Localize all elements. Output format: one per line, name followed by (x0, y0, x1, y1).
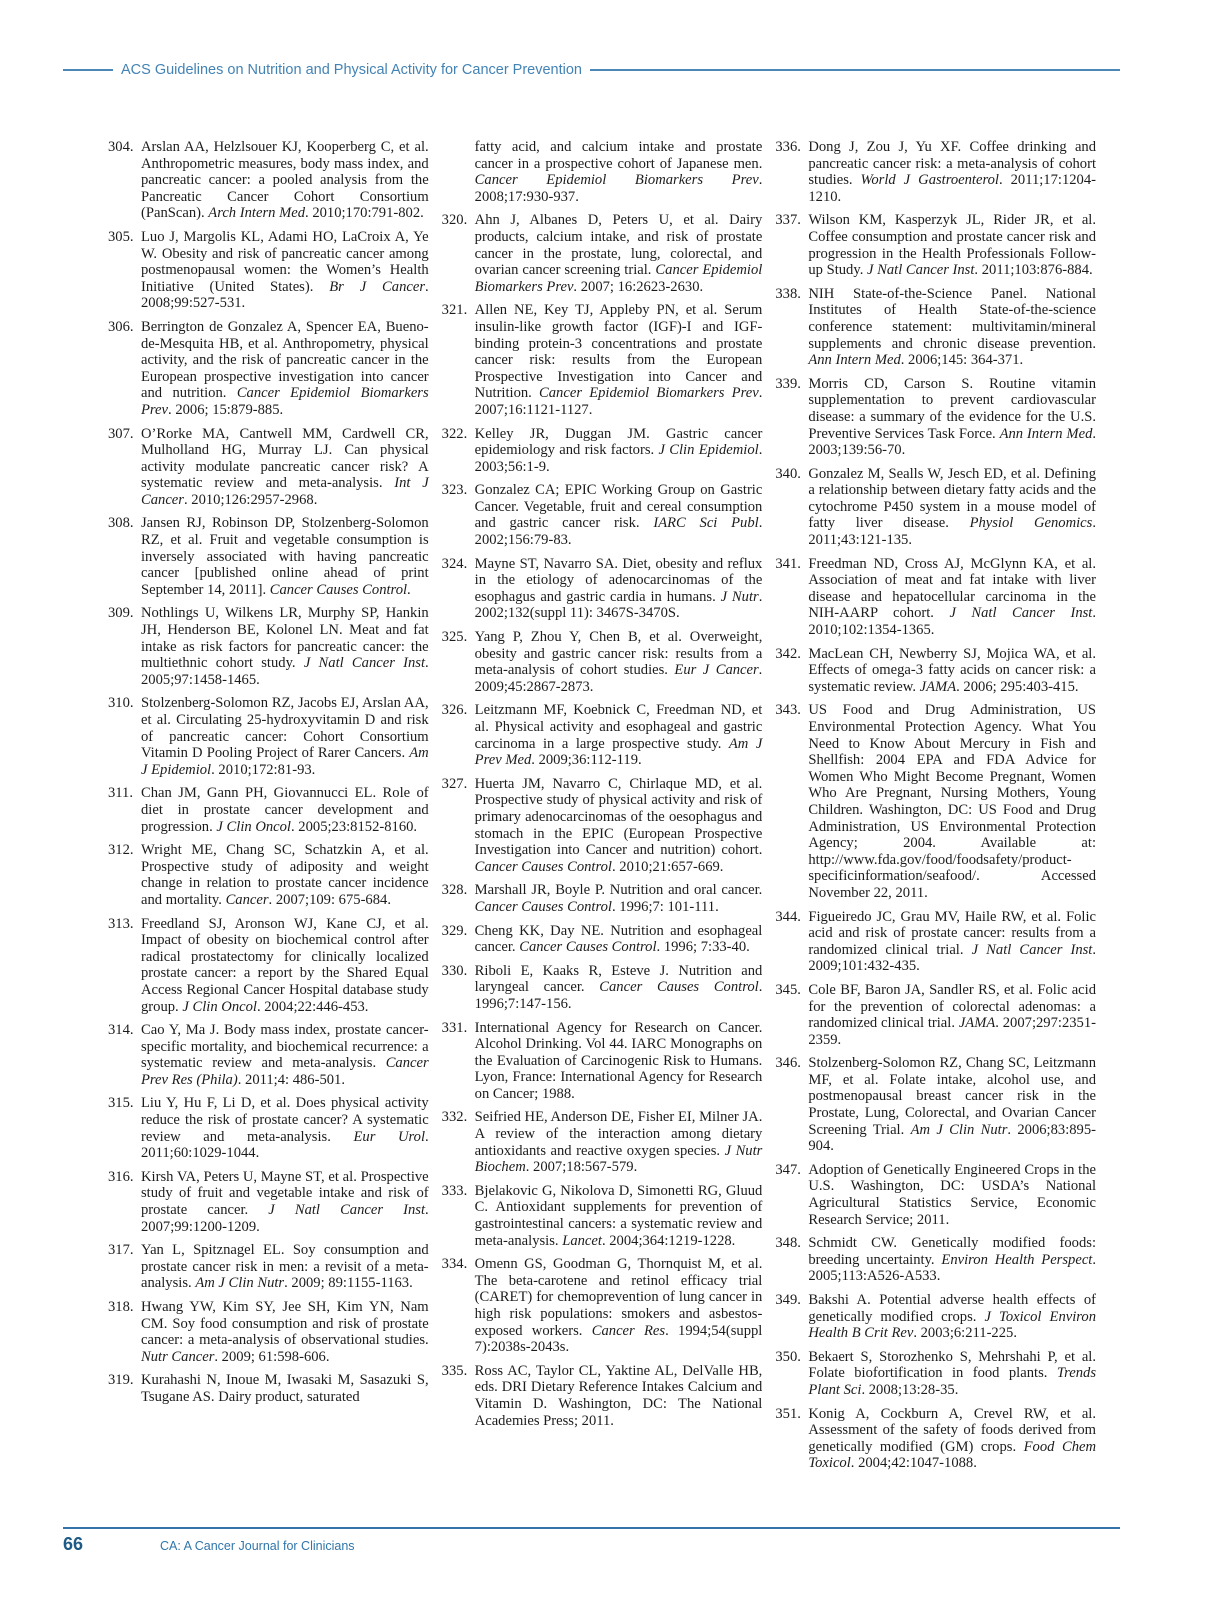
reference-text: Stolzenberg-Solomon RZ, Chang SC, Leitzm… (808, 1055, 1096, 1154)
reference-number: 320. (442, 212, 468, 229)
reference-text: Seifried HE, Anderson DE, Fisher EI, Mil… (475, 1109, 763, 1175)
reference-text: Adoption of Genetically Engineered Crops… (808, 1162, 1096, 1228)
reference-item: 340.Gonzalez M, Sealls W, Jesch ED, et a… (775, 466, 1096, 549)
reference-text: Bakshi A. Potential adverse health effec… (808, 1292, 1096, 1341)
reference-column-3: 336.Dong J, Zou J, Yu XF. Coffee drinkin… (775, 139, 1096, 1479)
journal-name-italic: J Natl Cancer Inst (972, 942, 1093, 958)
reference-text: Chan JM, Gann PH, Giovannucci EL. Role o… (141, 785, 429, 834)
reference-continuation: fatty acid, and calcium intake and prost… (442, 139, 763, 205)
reference-item: 311.Chan JM, Gann PH, Giovannucci EL. Ro… (108, 785, 429, 835)
reference-text: Cao Y, Ma J. Body mass index, prostate c… (141, 1022, 429, 1088)
reference-item: 330.Riboli E, Kaaks R, Esteve J. Nutriti… (442, 963, 763, 1013)
journal-name-italic: J Nutr (721, 589, 759, 605)
reference-text: fatty acid, and calcium intake and prost… (475, 139, 763, 205)
reference-segment: . 2007;109: 675-684. (269, 892, 391, 908)
journal-name-italic: Arch Intern Med (208, 205, 305, 221)
reference-number: 337. (775, 212, 801, 229)
reference-number: 327. (442, 776, 468, 793)
reference-item: 315.Liu Y, Hu F, Li D, et al. Does physi… (108, 1095, 429, 1161)
reference-item: 334.Omenn GS, Goodman G, Thornquist M, e… (442, 1256, 763, 1356)
journal-name-italic: Cancer Res (592, 1323, 665, 1339)
reference-segment: . 2004;364:1219-1228. (602, 1233, 735, 1249)
reference-number: 317. (108, 1242, 134, 1259)
reference-text: NIH State-of-the-Science Panel. National… (808, 286, 1096, 368)
reference-number: 308. (108, 515, 134, 532)
journal-name-italic: Cancer Causes Control (599, 979, 758, 995)
reference-text: Ross AC, Taylor CL, Yaktine AL, DelValle… (475, 1363, 763, 1429)
reference-number: 312. (108, 842, 134, 859)
reference-segment: . 2010;126:2957-2968. (184, 492, 317, 508)
reference-text: Dong J, Zou J, Yu XF. Coffee drinking an… (808, 139, 1096, 205)
reference-segment: Leitzmann MF, Koebnick C, Freedman ND, e… (475, 702, 763, 751)
reference-number: 342. (775, 646, 801, 663)
reference-text: Freedman ND, Cross AJ, McGlynn KA, et al… (808, 556, 1096, 638)
reference-number: 324. (442, 556, 468, 573)
reference-number: 321. (442, 302, 468, 319)
reference-item: 326.Leitzmann MF, Koebnick C, Freedman N… (442, 702, 763, 768)
reference-item: 310.Stolzenberg-Solomon RZ, Jacobs EJ, A… (108, 695, 429, 778)
reference-number: 330. (442, 963, 468, 980)
reference-item: 312.Wright ME, Chang SC, Schatzkin A, et… (108, 842, 429, 908)
reference-segment: . 2005;23:8152-8160. (291, 819, 417, 835)
reference-text: Kurahashi N, Inoue M, Iwasaki M, Sasazuk… (141, 1372, 429, 1405)
reference-text: Leitzmann MF, Koebnick C, Freedman ND, e… (475, 702, 763, 768)
reference-text: Allen NE, Key TJ, Appleby PN, et al. Ser… (475, 302, 763, 418)
reference-segment: US Food and Drug Administration, US Envi… (808, 702, 1096, 901)
journal-name-italic: Ann Intern Med (1000, 426, 1093, 442)
journal-name-italic: J Natl Cancer Inst (268, 1202, 425, 1218)
reference-number: 304. (108, 139, 134, 156)
reference-text: Kelley JR, Duggan JM. Gastric cancer epi… (475, 426, 763, 475)
reference-segment: . 2009; 89:1155-1163. (284, 1275, 413, 1291)
reference-text: Marshall JR, Boyle P. Nutrition and oral… (475, 882, 763, 915)
reference-item: 338.NIH State-of-the-Science Panel. Nati… (775, 286, 1096, 369)
reference-number: 316. (108, 1169, 134, 1186)
reference-text: Cole BF, Baron JA, Sandler RS, et al. Fo… (808, 982, 1096, 1048)
reference-item: 316.Kirsh VA, Peters U, Mayne ST, et al.… (108, 1169, 429, 1235)
reference-item: 336.Dong J, Zou J, Yu XF. Coffee drinkin… (775, 139, 1096, 205)
reference-column-2: fatty acid, and calcium intake and prost… (442, 139, 763, 1479)
reference-segment: . 2010;172:81-93. (211, 762, 315, 778)
reference-number: 325. (442, 629, 468, 646)
reference-segment: Ross AC, Taylor CL, Yaktine AL, DelValle… (475, 1363, 763, 1429)
reference-item: 318.Hwang YW, Kim SY, Jee SH, Kim YN, Na… (108, 1299, 429, 1365)
reference-number: 339. (775, 376, 801, 393)
journal-name-italic: J Clin Oncol (216, 819, 291, 835)
reference-number: 351. (775, 1406, 801, 1423)
reference-text: Figueiredo JC, Grau MV, Haile RW, et al.… (808, 909, 1096, 975)
reference-text: Freedland SJ, Aronson WJ, Kane CJ, et al… (141, 916, 429, 1015)
reference-number: 305. (108, 229, 134, 246)
reference-text: MacLean CH, Newberry SJ, Mojica WA, et a… (808, 646, 1096, 695)
journal-name-italic: World J Gastroenterol (861, 172, 999, 188)
reference-text: Berrington de Gonzalez A, Spencer EA, Bu… (141, 319, 429, 418)
reference-number: 340. (775, 466, 801, 483)
reference-item: 328.Marshall JR, Boyle P. Nutrition and … (442, 882, 763, 915)
reference-item: 331.International Agency for Research on… (442, 1020, 763, 1103)
reference-item: 344.Figueiredo JC, Grau MV, Haile RW, et… (775, 909, 1096, 975)
journal-name-italic: Cancer Epidemiol Biomarkers Prev (475, 172, 759, 188)
journal-name-italic: Am J Clin Nutr (195, 1275, 284, 1291)
reference-item: 307.O’Rorke MA, Cantwell MM, Cardwell CR… (108, 426, 429, 509)
reference-text: Jansen RJ, Robinson DP, Stolzenberg-Solo… (141, 515, 429, 597)
reference-item: 335.Ross AC, Taylor CL, Yaktine AL, DelV… (442, 1363, 763, 1429)
journal-name-italic: Eur Urol (353, 1129, 425, 1145)
reference-text: Riboli E, Kaaks R, Esteve J. Nutrition a… (475, 963, 763, 1012)
running-head-title: ACS Guidelines on Nutrition and Physical… (113, 62, 590, 78)
reference-item: 324.Mayne ST, Navarro SA. Diet, obesity … (442, 556, 763, 622)
reference-segment: . 1996; 7:33-40. (657, 939, 750, 955)
reference-segment: Marshall JR, Boyle P. Nutrition and oral… (475, 882, 763, 898)
reference-number: 347. (775, 1162, 801, 1179)
reference-number: 318. (108, 1299, 134, 1316)
reference-item: 337.Wilson KM, Kasperzyk JL, Rider JR, e… (775, 212, 1096, 278)
reference-text: Konig A, Cockburn A, Crevel RW, et al. A… (808, 1406, 1096, 1472)
reference-number: 348. (775, 1235, 801, 1252)
journal-page: ACS Guidelines on Nutrition and Physical… (0, 0, 1205, 1602)
journal-name-italic: Cancer Causes Control (519, 939, 656, 955)
reference-item: 347.Adoption of Genetically Engineered C… (775, 1162, 1096, 1228)
journal-name-italic: Cancer Causes Control (475, 899, 612, 915)
reference-item: 351.Konig A, Cockburn A, Crevel RW, et a… (775, 1406, 1096, 1472)
reference-number: 343. (775, 702, 801, 719)
reference-segment: . 2010;170:791-802. (305, 205, 424, 221)
reference-number: 336. (775, 139, 801, 156)
reference-text: Wilson KM, Kasperzyk JL, Rider JR, et al… (808, 212, 1096, 278)
reference-number: 338. (775, 286, 801, 303)
journal-name-italic: Lancet (562, 1233, 602, 1249)
reference-segment: Mayne ST, Navarro SA. Diet, obesity and … (475, 556, 763, 605)
reference-number: 345. (775, 982, 801, 999)
journal-name-italic: IARC Sci Publ (653, 515, 758, 531)
reference-text: Arslan AA, Helzlsouer KJ, Kooperberg C, … (141, 139, 429, 221)
reference-text: Mayne ST, Navarro SA. Diet, obesity and … (475, 556, 763, 622)
reference-item: 341.Freedman ND, Cross AJ, McGlynn KA, e… (775, 556, 1096, 639)
journal-name-italic: Cancer Causes Control (475, 859, 612, 875)
reference-number: 333. (442, 1183, 468, 1200)
reference-segment: O’Rorke MA, Cantwell MM, Cardwell CR, Mu… (141, 426, 429, 492)
journal-name-italic: Environ Health Perspect (941, 1252, 1092, 1268)
reference-number: 307. (108, 426, 134, 443)
reference-item: 325.Yang P, Zhou Y, Chen B, et al. Overw… (442, 629, 763, 695)
reference-number: 315. (108, 1095, 134, 1112)
reference-text: Yang P, Zhou Y, Chen B, et al. Overweigh… (475, 629, 763, 695)
header-rule-left (63, 69, 113, 71)
reference-text: Morris CD, Carson S. Routine vitamin sup… (808, 376, 1096, 458)
reference-item: 306.Berrington de Gonzalez A, Spencer EA… (108, 319, 429, 419)
reference-segment: . 2004;42:1047-1088. (851, 1455, 977, 1471)
reference-number: 326. (442, 702, 468, 719)
reference-number: 306. (108, 319, 134, 336)
reference-number: 346. (775, 1055, 801, 1072)
reference-text: Liu Y, Hu F, Li D, et al. Does physical … (141, 1095, 429, 1161)
journal-name-italic: Br J Cancer (329, 279, 425, 295)
reference-number: 314. (108, 1022, 134, 1039)
reference-number: 349. (775, 1292, 801, 1309)
journal-name-italic: Eur J Cancer (674, 662, 758, 678)
reference-number: 309. (108, 605, 134, 622)
reference-segment: . 2003;6:211-225. (913, 1325, 1017, 1341)
reference-number: 332. (442, 1109, 468, 1126)
reference-item: 339.Morris CD, Carson S. Routine vitamin… (775, 376, 1096, 459)
reference-number: 344. (775, 909, 801, 926)
reference-column-1: 304.Arslan AA, Helzlsouer KJ, Kooperberg… (108, 139, 429, 1479)
header-rule-right (590, 69, 1120, 71)
reference-segment: Stolzenberg-Solomon RZ, Jacobs EJ, Arsla… (141, 695, 429, 761)
reference-number: 311. (108, 785, 133, 802)
reference-text: Huerta JM, Navarro C, Chirlaque MD, et a… (475, 776, 763, 875)
reference-item: 313.Freedland SJ, Aronson WJ, Kane CJ, e… (108, 916, 429, 1016)
reference-item: 342.MacLean CH, Newberry SJ, Mojica WA, … (775, 646, 1096, 696)
reference-item: 305.Luo J, Margolis KL, Adami HO, LaCroi… (108, 229, 429, 312)
reference-number: 319. (108, 1372, 134, 1389)
reference-segment: . 2009; 61:598-606. (214, 1349, 329, 1365)
reference-segment: Hwang YW, Kim SY, Jee SH, Kim YN, Nam CM… (141, 1299, 429, 1348)
reference-text: Gonzalez M, Sealls W, Jesch ED, et al. D… (808, 466, 1096, 548)
reference-item: 327.Huerta JM, Navarro C, Chirlaque MD, … (442, 776, 763, 876)
reference-segment: Huerta JM, Navarro C, Chirlaque MD, et a… (475, 776, 763, 858)
journal-name-italic: JAMA (920, 679, 956, 695)
reference-number: 334. (442, 1256, 468, 1273)
reference-segment: . (407, 582, 411, 598)
reference-segment: Bekaert S, Storozhenko S, Mehrshahi P, e… (808, 1349, 1096, 1382)
reference-item: 350.Bekaert S, Storozhenko S, Mehrshahi … (775, 1349, 1096, 1399)
reference-item: 349.Bakshi A. Potential adverse health e… (775, 1292, 1096, 1342)
reference-text: Stolzenberg-Solomon RZ, Jacobs EJ, Arsla… (141, 695, 429, 777)
reference-text: Wright ME, Chang SC, Schatzkin A, et al.… (141, 842, 429, 908)
reference-segment: . 2006; 295:403-415. (956, 679, 1078, 695)
reference-number: 323. (442, 482, 468, 499)
reference-item: 317.Yan L, Spitznagel EL. Soy consumptio… (108, 1242, 429, 1292)
reference-text: Hwang YW, Kim SY, Jee SH, Kim YN, Nam CM… (141, 1299, 429, 1365)
reference-segment: Kurahashi N, Inoue M, Iwasaki M, Sasazuk… (141, 1372, 429, 1405)
journal-title: CA: A Cancer Journal for Clinicians (160, 1539, 355, 1553)
reference-number: 313. (108, 916, 134, 933)
reference-item: 333.Bjelakovic G, Nikolova D, Simonetti … (442, 1183, 763, 1249)
reference-number: 328. (442, 882, 468, 899)
reference-text: Schmidt CW. Genetically modified foods: … (808, 1235, 1096, 1284)
journal-name-italic: JAMA (959, 1015, 995, 1031)
journal-name-italic: J Clin Oncol (182, 999, 257, 1015)
journal-name-italic: Cancer Causes Control (270, 582, 407, 598)
reference-text: Yan L, Spitznagel EL. Soy consumption an… (141, 1242, 429, 1291)
reference-number: 322. (442, 426, 468, 443)
journal-name-italic: Nutr Cancer (141, 1349, 214, 1365)
reference-segment: . 2007;18:567-579. (526, 1159, 637, 1175)
reference-segment: International Agency for Research on Can… (475, 1020, 763, 1102)
reference-text: International Agency for Research on Can… (475, 1020, 763, 1102)
reference-list: 304.Arslan AA, Helzlsouer KJ, Kooperberg… (108, 139, 1096, 1479)
reference-segment: fatty acid, and calcium intake and prost… (475, 139, 763, 172)
reference-segment: Adoption of Genetically Engineered Crops… (808, 1162, 1096, 1228)
reference-segment: . 2011;103:876-884. (974, 262, 1092, 278)
reference-number: 329. (442, 923, 468, 940)
reference-item: 314.Cao Y, Ma J. Body mass index, prosta… (108, 1022, 429, 1088)
reference-item: 304.Arslan AA, Helzlsouer KJ, Kooperberg… (108, 139, 429, 222)
reference-segment: Seifried HE, Anderson DE, Fisher EI, Mil… (475, 1109, 763, 1158)
reference-item: 320.Ahn J, Albanes D, Peters U, et al. D… (442, 212, 763, 295)
reference-item: 309.Nothlings U, Wilkens LR, Murphy SP, … (108, 605, 429, 688)
reference-text: Luo J, Margolis KL, Adami HO, LaCroix A,… (141, 229, 429, 311)
journal-name-italic: J Natl Cancer Inst (949, 605, 1092, 621)
reference-segment: . 2010;21:657-669. (612, 859, 723, 875)
reference-item: 323.Gonzalez CA; EPIC Working Group on G… (442, 482, 763, 548)
journal-name-italic: Am J Clin Nutr (911, 1122, 1008, 1138)
reference-text: Omenn GS, Goodman G, Thornquist M, et al… (475, 1256, 763, 1355)
reference-segment: . 2004;22:446-453. (257, 999, 368, 1015)
reference-text: Gonzalez CA; EPIC Working Group on Gastr… (475, 482, 763, 548)
page-number: 66 (63, 1534, 83, 1555)
reference-segment: . 2006;145: 364-371. (901, 352, 1023, 368)
reference-number: 310. (108, 695, 134, 712)
reference-segment: . 1996;7: 101-111. (612, 899, 719, 915)
running-head: ACS Guidelines on Nutrition and Physical… (63, 62, 1120, 78)
reference-item: 319.Kurahashi N, Inoue M, Iwasaki M, Sas… (108, 1372, 429, 1405)
journal-name-italic: Cancer Epidemiol Biomarkers Prev (539, 385, 759, 401)
reference-segment: . 2011;4: 486-501. (238, 1072, 345, 1088)
journal-name-italic: J Natl Cancer Inst (304, 655, 425, 671)
reference-number: 350. (775, 1349, 801, 1366)
reference-item: 348.Schmidt CW. Genetically modified foo… (775, 1235, 1096, 1285)
reference-item: 332.Seifried HE, Anderson DE, Fisher EI,… (442, 1109, 763, 1175)
reference-segment: NIH State-of-the-Science Panel. National… (808, 286, 1096, 352)
reference-item: 343.US Food and Drug Administration, US … (775, 702, 1096, 901)
footer-rule (63, 1527, 1120, 1529)
journal-name-italic: Cancer (226, 892, 269, 908)
reference-item: 322.Kelley JR, Duggan JM. Gastric cancer… (442, 426, 763, 476)
reference-number: 341. (775, 556, 801, 573)
reference-number: 331. (442, 1020, 468, 1037)
reference-text: Nothlings U, Wilkens LR, Murphy SP, Hank… (141, 605, 429, 687)
reference-item: 345.Cole BF, Baron JA, Sandler RS, et al… (775, 982, 1096, 1048)
reference-text: Ahn J, Albanes D, Peters U, et al. Dairy… (475, 212, 763, 294)
journal-name-italic: J Natl Cancer Inst (867, 262, 974, 278)
reference-text: Bekaert S, Storozhenko S, Mehrshahi P, e… (808, 1349, 1096, 1398)
reference-segment: . 2008;13:28-35. (861, 1382, 958, 1398)
reference-segment: . 2009;36:112-119. (531, 752, 641, 768)
reference-text: Kirsh VA, Peters U, Mayne ST, et al. Pro… (141, 1169, 429, 1235)
reference-text: O’Rorke MA, Cantwell MM, Cardwell CR, Mu… (141, 426, 429, 508)
reference-text: Cheng KK, Day NE. Nutrition and esophage… (475, 923, 763, 956)
reference-item: 346.Stolzenberg-Solomon RZ, Chang SC, Le… (775, 1055, 1096, 1155)
reference-item: 308.Jansen RJ, Robinson DP, Stolzenberg-… (108, 515, 429, 598)
reference-text: US Food and Drug Administration, US Envi… (808, 702, 1096, 901)
reference-segment: . 2006; 15:879-885. (168, 402, 283, 418)
reference-item: 321.Allen NE, Key TJ, Appleby PN, et al.… (442, 302, 763, 418)
reference-segment: . 2007; 16:2623-2630. (573, 279, 703, 295)
journal-name-italic: J Clin Epidemiol (658, 442, 758, 458)
journal-name-italic: Ann Intern Med (808, 352, 900, 368)
reference-number: 335. (442, 1363, 468, 1380)
reference-text: Bjelakovic G, Nikolova D, Simonetti RG, … (475, 1183, 763, 1249)
reference-item: 329.Cheng KK, Day NE. Nutrition and esop… (442, 923, 763, 956)
journal-name-italic: Physiol Genomics (970, 515, 1093, 531)
